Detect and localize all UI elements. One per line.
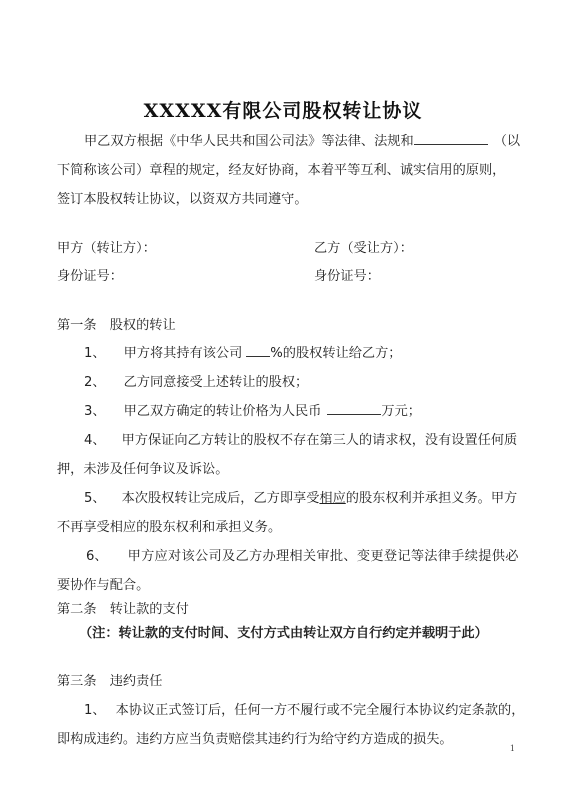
preamble-line-1: 甲乙双方根据《中华人民共和国公司法》等法律、法规和（以: [84, 130, 520, 149]
article-1-item-4: 4、甲方保证向乙方转让的股权不存在第三人的请求权，没有设置任何质: [84, 429, 517, 448]
percentage-blank: [246, 344, 270, 357]
preamble-line-3: 签订本股权转让协议，以资双方共同遵守。: [57, 188, 308, 207]
party-b-id-label: 身份证号：: [314, 265, 380, 284]
article-1-item-4-cont: 押，未涉及任何争议及诉讼。: [57, 458, 228, 477]
article-3-heading: 第三条 违约责任: [57, 670, 163, 689]
article-2-note: （注：转让款的支付时间、支付方式由转让双方自行约定并载明于此）: [79, 622, 488, 641]
article-1-item-6: 6、甲方应对该公司及乙方办理相关审批、变更登记等法律手续提供必: [86, 545, 519, 564]
article-1-item-5: 5、本次股权转让完成后，乙方即享受相应的股东权利并承担义务。甲方: [84, 487, 517, 506]
document-page: XXXXX有限公司股权转让协议 甲乙双方根据《中华人民共和国公司法》等法律、法规…: [0, 0, 566, 800]
article-3-item-1-cont: 即构成违约。违约方应当负责赔偿其违约行为给守约方造成的损失。: [57, 728, 453, 747]
party-a-id-label: 身份证号：: [57, 265, 123, 284]
document-title: XXXXX有限公司股权转让协议: [0, 96, 566, 123]
party-a-label: 甲方（转让方）：: [57, 237, 156, 256]
article-1-item-2: 2、乙方同意接受上述转让的股权；: [84, 371, 308, 390]
article-1-item-6-cont: 要协作与配合。: [57, 574, 149, 593]
preamble-line-2: 下简称该公司）章程的规定，经友好协商，本着平等互利、诚实信用的原则，: [57, 159, 505, 178]
page-number: 1: [510, 743, 515, 753]
article-3-item-1: 1、本协议正式签订后，任何一方不履行或不完全履行本协议约定条款的，: [84, 699, 524, 718]
price-blank: [327, 402, 381, 415]
article-1-item-5-cont: 不再享受相应的股东权利和承担义务。: [57, 516, 281, 535]
article-1-item-3: 3、甲乙双方确定的转让价格为人民币万元；: [84, 400, 421, 419]
article-1-item-1: 1、甲方将其持有该公司%的股权转让给乙方；: [84, 342, 401, 361]
article-1-heading: 第一条 股权的转让: [57, 314, 176, 333]
company-name-blank: [414, 132, 488, 145]
party-b-label: 乙方（受让方）：: [314, 237, 413, 256]
article-2-heading: 第二条 转让款的支付: [57, 598, 189, 617]
